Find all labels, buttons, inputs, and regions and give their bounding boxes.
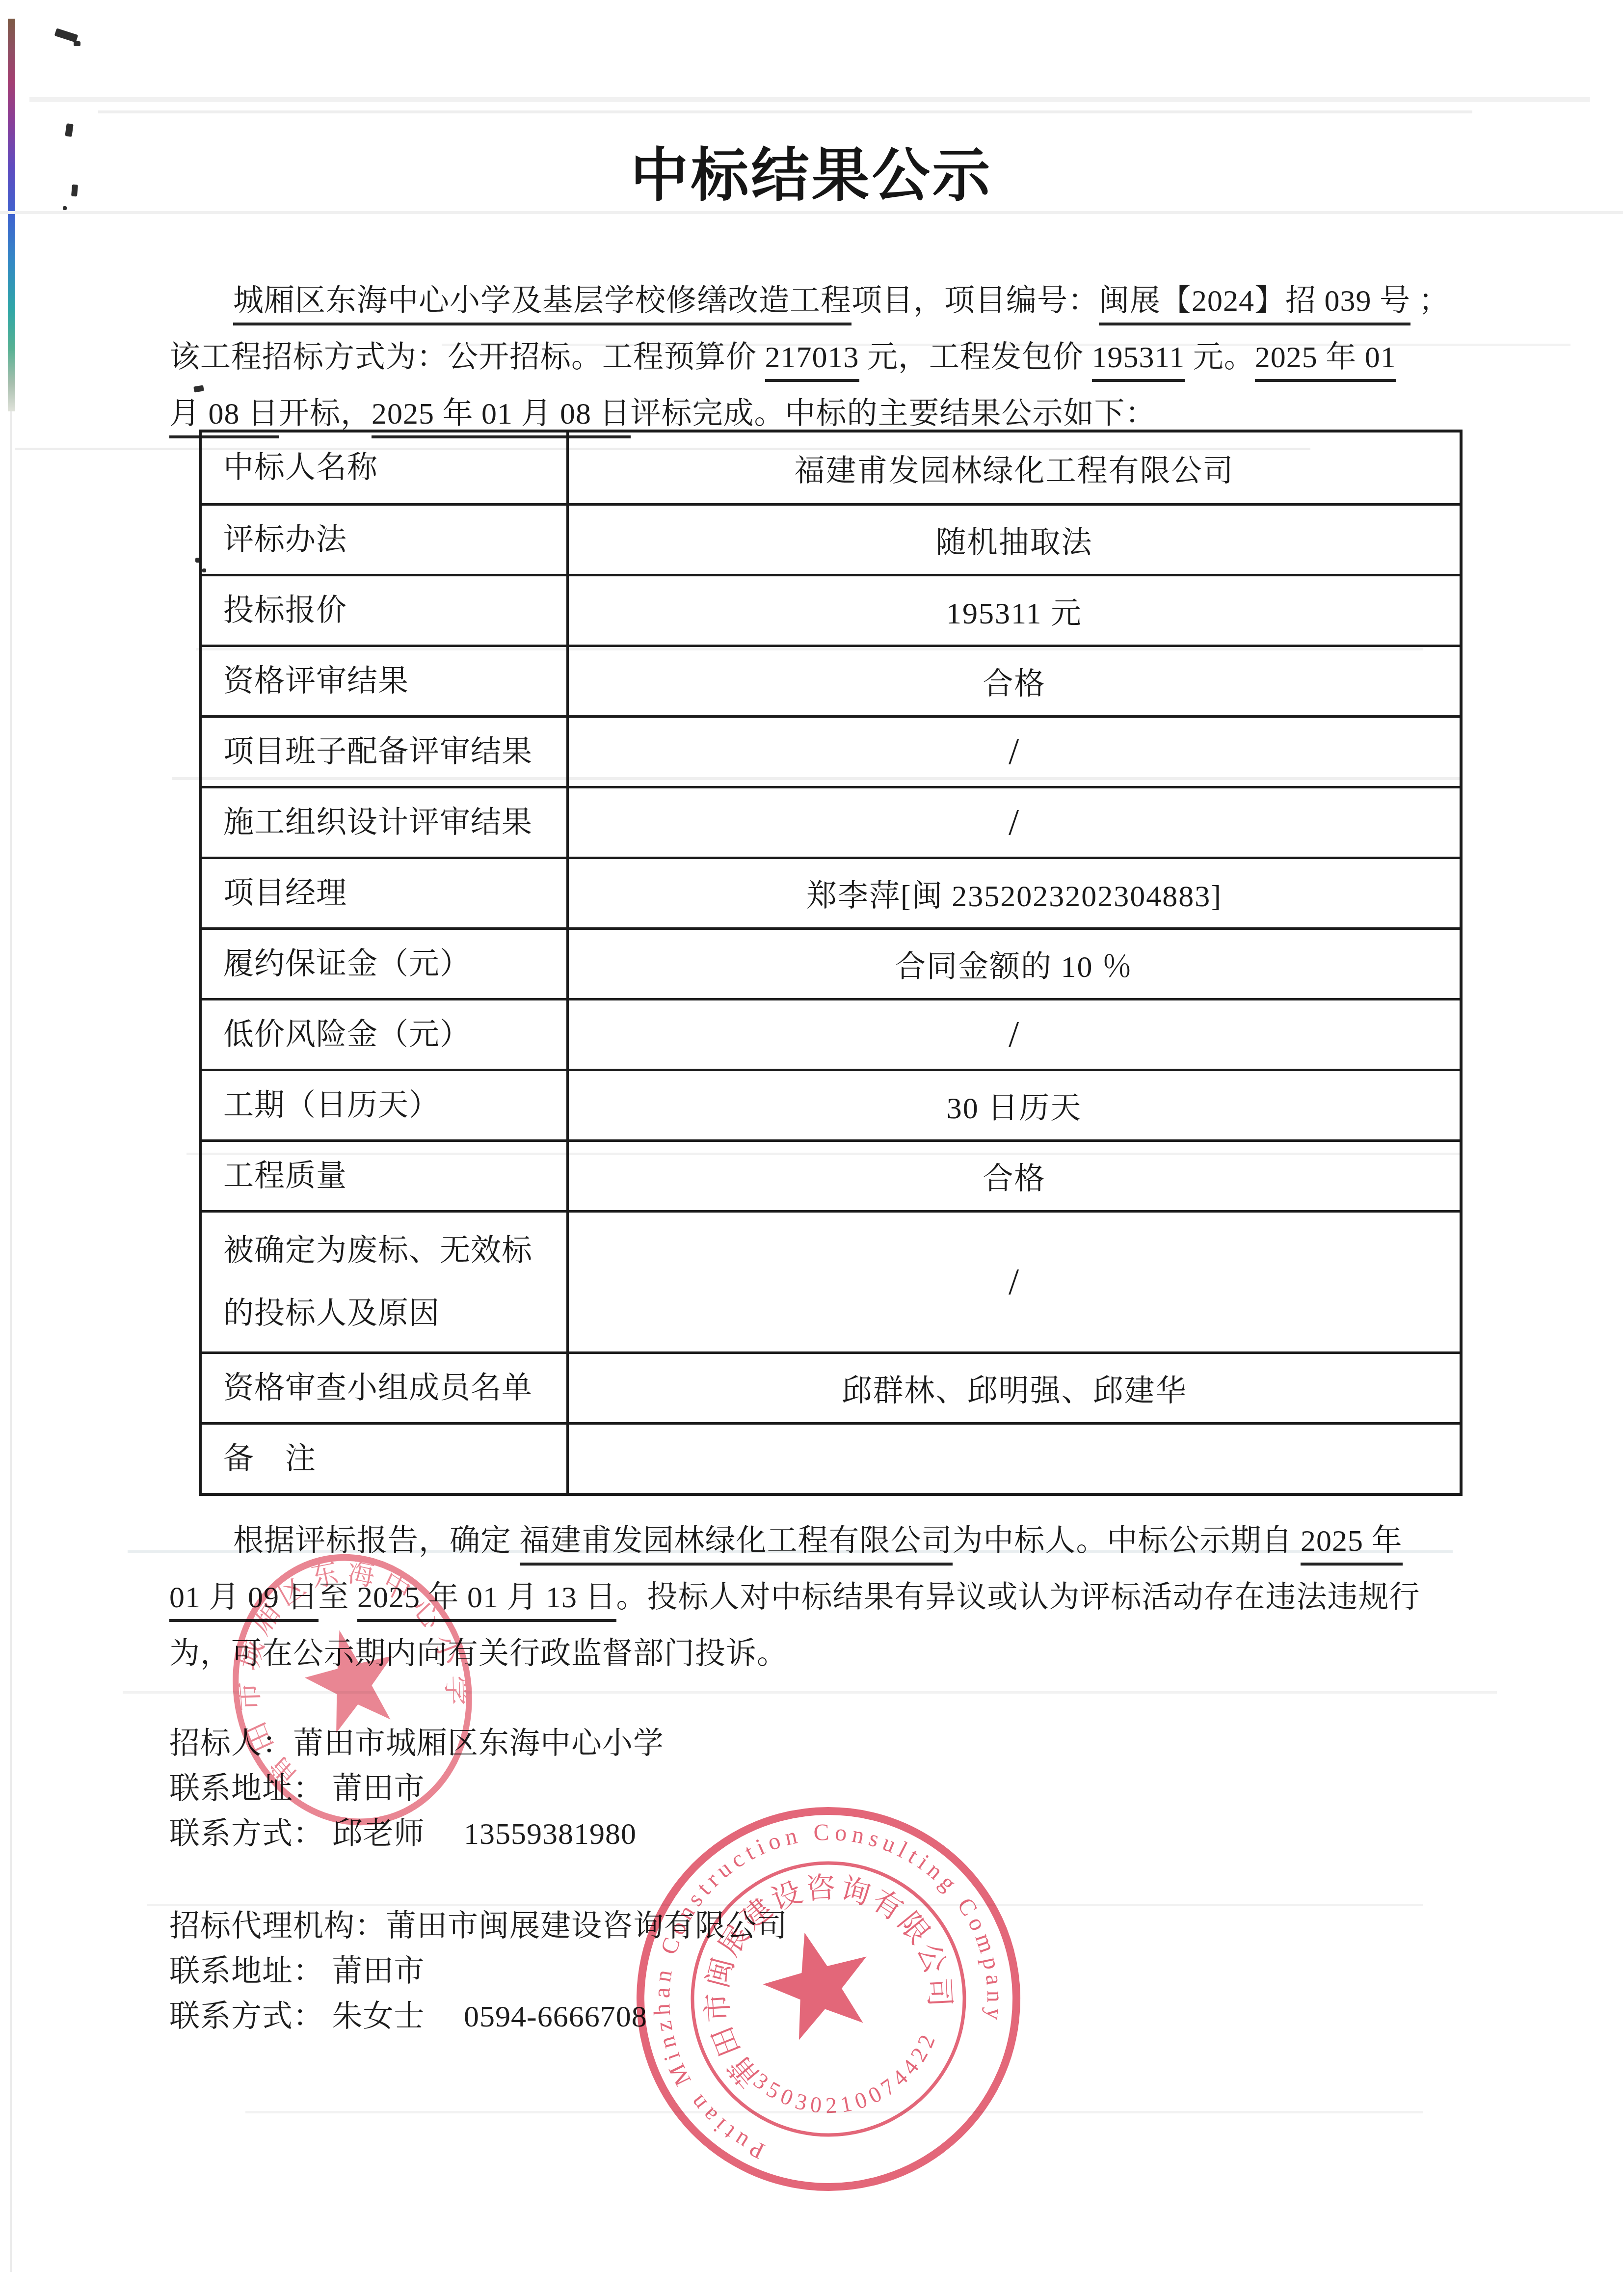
row-value: 合格 xyxy=(569,1142,1460,1210)
underlined-text-segment: 2025 年 01 xyxy=(1255,341,1396,382)
star-icon xyxy=(753,1919,883,2046)
row-label-text: 履约保证金（元） xyxy=(223,947,566,981)
text-segment: 元。 xyxy=(1185,341,1255,374)
scanner-color-strip-artifact xyxy=(8,19,15,411)
agency-stamp-serial-number: 35030210074422 xyxy=(745,2022,956,2140)
text-segment: ； xyxy=(1410,284,1450,318)
row-label-text: 的投标人及原因 xyxy=(223,1297,566,1331)
row-label: 履约保证金（元） xyxy=(202,930,569,998)
row-label-text: 投标报价 xyxy=(223,594,566,628)
row-label-text: 备 注 xyxy=(223,1442,566,1476)
row-label-text: 低价风险金（元） xyxy=(223,1018,566,1052)
underlined-text-segment: 闽展【2024】招 039 号 xyxy=(1099,284,1410,325)
text-segment: 。投标人对中标结果有异议或认为评标活动存在违法违规行 xyxy=(616,1581,1420,1614)
table-row: 中标人名称福建甫发园林绿化工程有限公司 xyxy=(202,432,1460,503)
row-value: 邱群林、邱明强、邱建华 xyxy=(569,1354,1460,1422)
row-label: 工程质量 xyxy=(202,1142,569,1210)
row-value: / xyxy=(569,1000,1460,1069)
table-row: 履约保证金（元）合同金额的 10 ％ xyxy=(202,927,1460,998)
row-label: 项目班子配备评审结果 xyxy=(202,718,569,786)
table-row: 投标报价195311 元 xyxy=(202,574,1460,645)
scan-streak xyxy=(98,110,1472,113)
row-label: 施工组织设计评审结果 xyxy=(202,788,569,857)
scanner-edge-line-artifact xyxy=(10,411,12,2272)
table-row: 资格评审结果合格 xyxy=(202,645,1460,715)
scan-speck xyxy=(74,41,80,46)
underlined-text-segment: 城厢区东海中心小学及基层学校修缮改造工程 xyxy=(233,284,851,325)
table-row: 被确定为废标、无效标的投标人及原因/ xyxy=(202,1210,1460,1351)
row-label-text: 被确定为废标、无效标 xyxy=(223,1234,566,1268)
row-label: 评标办法 xyxy=(202,506,569,574)
page-title: 中标结果公示 xyxy=(0,129,1623,212)
table-row: 工程质量合格 xyxy=(202,1139,1460,1210)
text-segment: 评标完成。中标的主要结果公示如下： xyxy=(631,397,1156,431)
row-label: 投标报价 xyxy=(202,576,569,645)
row-value: 195311 元 xyxy=(569,576,1460,645)
row-label: 备 注 xyxy=(202,1425,569,1493)
row-label-text: 评标办法 xyxy=(223,523,566,557)
row-label-text: 项目班子配备评审结果 xyxy=(223,735,566,769)
text-segment: 为中标人。中标公示期自 xyxy=(953,1524,1301,1558)
agency-stamp: Putian Minzhan Construction Consulting C… xyxy=(622,1793,1035,2205)
row-label-text: 施工组织设计评审结果 xyxy=(223,806,566,840)
paragraph-line: 该工程招标方式为：公开招标。工程预算价 217013 元，工程发包价 19531… xyxy=(169,329,1475,386)
row-value xyxy=(569,1425,1460,1493)
row-value: / xyxy=(569,788,1460,857)
row-value: 郑李萍[闽 2352023202304883] xyxy=(569,859,1460,927)
row-label: 低价风险金（元） xyxy=(202,1000,569,1069)
row-label: 资格审查小组成员名单 xyxy=(202,1354,569,1422)
result-table: 中标人名称福建甫发园林绿化工程有限公司评标办法随机抽取法投标报价195311 元… xyxy=(199,430,1463,1496)
underlined-text-segment: 2025 年 xyxy=(1301,1524,1403,1566)
row-label-text: 工期（日历天） xyxy=(223,1088,566,1123)
table-row: 备 注 xyxy=(202,1422,1460,1493)
scan-speck xyxy=(54,28,79,42)
row-label: 资格评审结果 xyxy=(202,647,569,715)
table-row: 项目经理郑李萍[闽 2352023202304883] xyxy=(202,857,1460,927)
star-icon xyxy=(295,1620,407,1737)
svg-text:35030210074422: 35030210074422 xyxy=(745,2022,956,2140)
underlined-text-segment: 福建甫发园林绿化工程有限公司 xyxy=(520,1524,953,1566)
row-label-text: 资格审查小组成员名单 xyxy=(223,1371,566,1405)
table-row: 低价风险金（元）/ xyxy=(202,998,1460,1069)
text-segment: 开标， xyxy=(279,397,372,431)
row-value: / xyxy=(569,718,1460,786)
row-value: 福建甫发园林绿化工程有限公司 xyxy=(569,432,1460,503)
row-label: 被确定为废标、无效标的投标人及原因 xyxy=(202,1213,569,1351)
school-stamp: 莆田市城厢区东海中心小学 xyxy=(205,1542,500,1837)
row-value: 合格 xyxy=(569,647,1460,715)
row-label: 项目经理 xyxy=(202,859,569,927)
table-row: 工期（日历天）30 日历天 xyxy=(202,1069,1460,1139)
table-row: 项目班子配备评审结果/ xyxy=(202,715,1460,786)
scan-streak xyxy=(29,97,1590,102)
row-value: 30 日历天 xyxy=(569,1071,1460,1139)
row-label-text: 中标人名称 xyxy=(223,451,566,485)
row-value: 合同金额的 10 ％ xyxy=(569,930,1460,998)
table-row: 资格审查小组成员名单邱群林、邱明强、邱建华 xyxy=(202,1351,1460,1422)
text-segment: 元，工程发包价 xyxy=(859,341,1092,374)
intro-paragraph: 城厢区东海中心小学及基层学校修缮改造工程项目，项目编号：闽展【2024】招 03… xyxy=(169,273,1475,442)
row-label-text: 工程质量 xyxy=(223,1159,566,1193)
underlined-text-segment: 217013 xyxy=(765,341,859,382)
text-segment: 该工程招标方式为：公开招标。工程预算价 xyxy=(169,341,765,374)
table-row: 评标办法随机抽取法 xyxy=(202,503,1460,574)
table-row: 施工组织设计评审结果/ xyxy=(202,786,1460,857)
row-label: 工期（日历天） xyxy=(202,1071,569,1139)
row-label: 中标人名称 xyxy=(202,432,569,503)
row-value: / xyxy=(569,1213,1460,1351)
row-label-text: 资格评审结果 xyxy=(223,664,566,699)
row-value: 随机抽取法 xyxy=(569,506,1460,574)
row-label-text: 项目经理 xyxy=(223,876,566,911)
scanned-document-page: 中标结果公示 城厢区东海中心小学及基层学校修缮改造工程项目，项目编号：闽展【20… xyxy=(0,0,1623,2296)
text-segment: 项目，项目编号： xyxy=(851,284,1099,318)
paragraph-line: 城厢区东海中心小学及基层学校修缮改造工程项目，项目编号：闽展【2024】招 03… xyxy=(169,273,1475,329)
underlined-text-segment: 195311 xyxy=(1092,341,1185,382)
